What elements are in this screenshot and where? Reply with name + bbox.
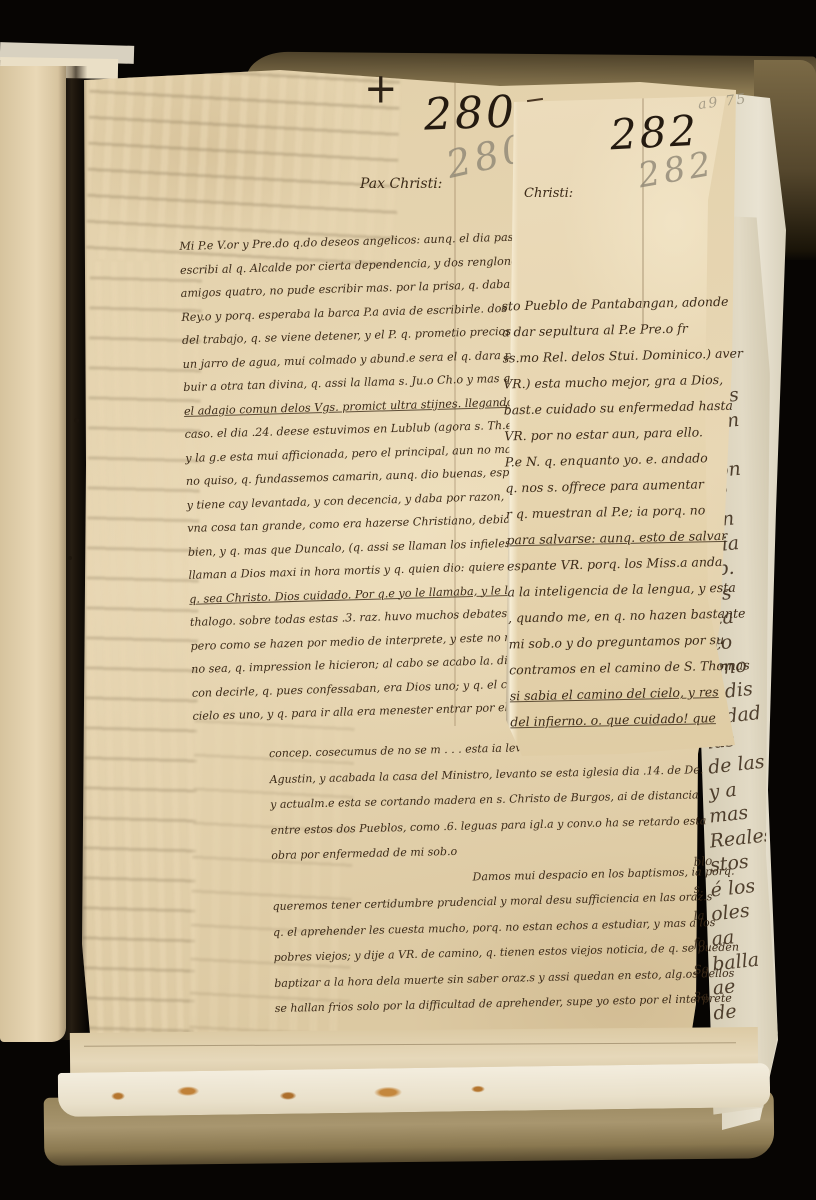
text-fragment: So (693, 961, 723, 990)
letter-body-left-column: Mi P.e V.or y Pre.do q.do deseos angelic… (179, 230, 545, 733)
salutation-christi-fragment: Christi: (524, 186, 573, 201)
salutation-pax-christi: Pax Christi: (360, 176, 442, 192)
ink-speck (74, 418, 79, 423)
letter-body-right-column: sto Pueblo de Pantabangan, adondea dar s… (501, 294, 746, 741)
text-fragment: s. (693, 880, 723, 909)
text-fragment: 3a (693, 988, 723, 1017)
facing-blank-page (0, 66, 66, 1042)
archive-photo-of-manuscript: o esremP.rioni Ptonlgialip.lesstattoemon… (0, 0, 816, 1200)
binding-gutter-shadow (58, 66, 90, 1040)
cross-mark: + (364, 65, 398, 113)
text-fragment: blo (693, 853, 723, 882)
manuscript-line: del infierno. o. que cuidado! que (510, 709, 746, 740)
ink-speck (68, 556, 72, 560)
text-fragment: fo (693, 934, 723, 963)
right-edge-text-fragments-small: blos.lafoSo3a (694, 854, 722, 1030)
letter-body-lower-block: concep. cosecumus de no se m . . . esta … (269, 737, 721, 1028)
text-fragment: la (693, 907, 723, 936)
